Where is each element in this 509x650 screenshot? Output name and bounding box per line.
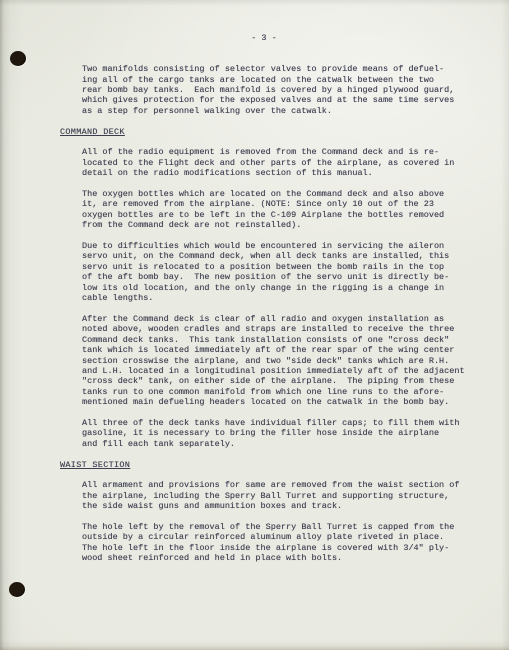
paragraph: Due to difficulties which would be encou… [82, 241, 490, 303]
page-content: - 3 - Two manifolds consisting of select… [60, 33, 490, 574]
paragraph: All armament and provisions for same are… [82, 480, 490, 511]
page-number: - 3 - [60, 33, 468, 43]
section-heading-waist-section: WAIST SECTION [60, 460, 490, 470]
paragraph: Two manifolds consisting of selector val… [82, 64, 490, 116]
paragraph: The oxygen bottles which are located on … [82, 189, 490, 231]
document-page: - 3 - Two manifolds consisting of select… [0, 0, 509, 650]
paragraph: After the Command deck is clear of all r… [82, 314, 490, 408]
paragraph: All three of the deck tanks have individ… [82, 418, 490, 449]
paragraph: All of the radio equipment is removed fr… [82, 147, 490, 178]
hole-punch-mark [9, 582, 25, 597]
section-heading-command-deck: COMMAND DECK [60, 127, 490, 137]
paragraph: The hole left by the removal of the Sper… [82, 522, 490, 564]
hole-punch-mark [10, 51, 26, 66]
